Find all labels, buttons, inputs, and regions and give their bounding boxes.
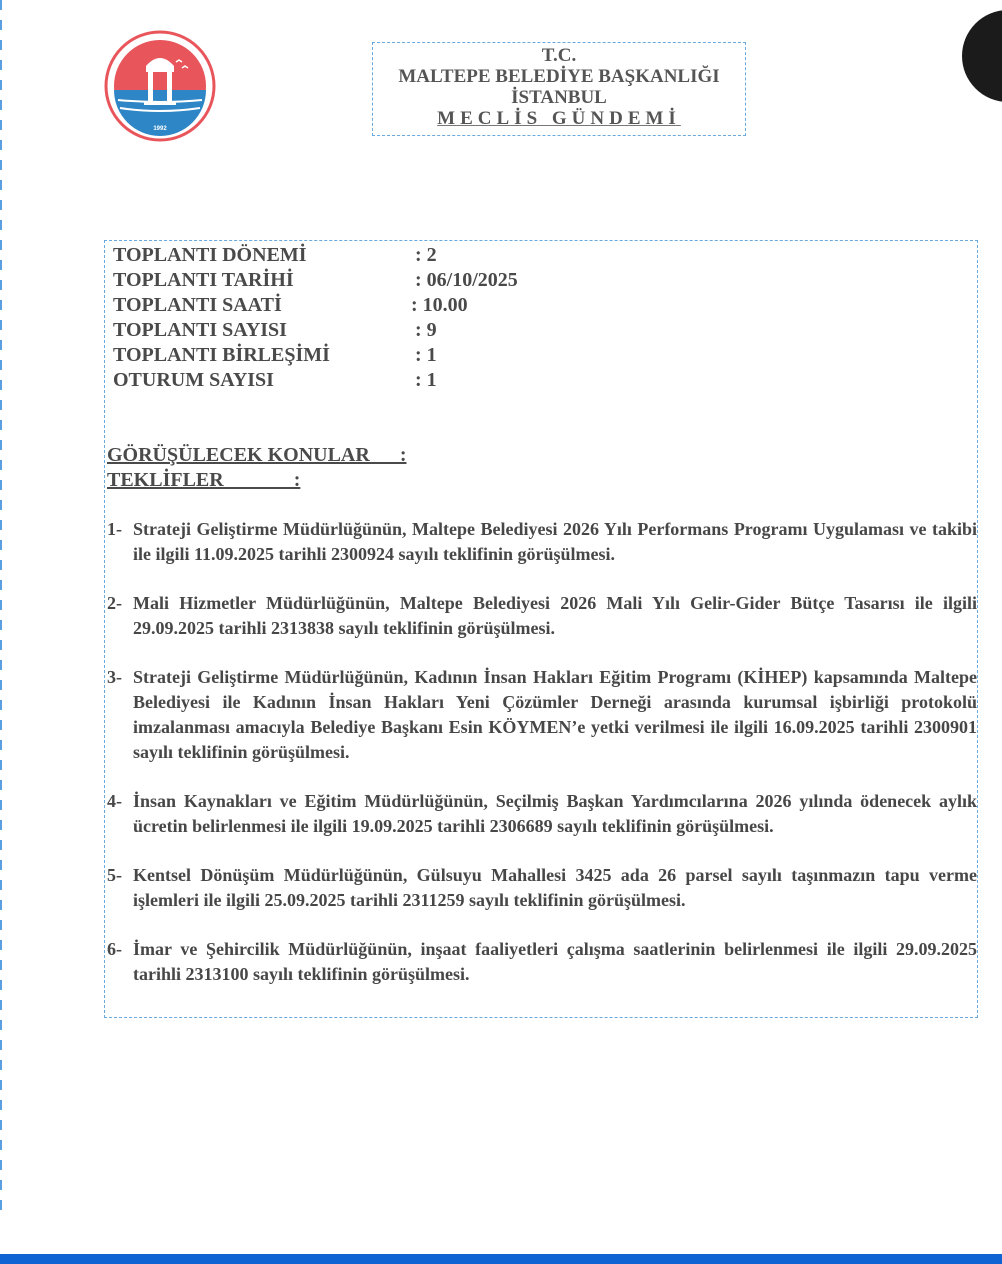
list-item: 2-Mali Hizmetler Müdürlüğünün, Maltepe B…	[107, 591, 979, 641]
list-item: 1-Strateji Geliştirme Müdürlüğünün, Malt…	[107, 517, 979, 567]
meeting-info-row: TOPLANTI TARİHİ: 06/10/2025	[113, 268, 413, 293]
overlay-circle	[962, 10, 1002, 102]
proposal-list: 1-Strateji Geliştirme Müdürlüğünün, Malt…	[107, 517, 979, 1011]
section-headings: GÖRÜŞÜLECEK KONULAR : TEKLİFLER :	[107, 443, 406, 493]
meeting-info-row: OTURUM SAYISI: 1	[113, 368, 413, 393]
header-tc: T.C.	[373, 43, 745, 66]
document-header: T.C. MALTEPE BELEDİYE BAŞKANLIĞI İSTANBU…	[372, 42, 746, 136]
list-item: 5-Kentsel Dönüşüm Müdürlüğünün, Gülsuyu …	[107, 863, 979, 913]
list-item: 6-İmar ve Şehircilik Müdürlüğünün, inşaa…	[107, 937, 979, 987]
proposals-heading: TEKLİFLER :	[107, 468, 406, 493]
meeting-info-row: TOPLANTI SAATİ: 10.00	[113, 293, 413, 318]
municipality-logo: 1992	[104, 30, 216, 142]
meeting-info-row: TOPLANTI SAYISI: 9	[113, 318, 413, 343]
meeting-info: TOPLANTI DÖNEMİ: 2 TOPLANTI TARİHİ: 06/1…	[113, 243, 413, 393]
meeting-info-row: TOPLANTI BİRLEŞİMİ: 1	[113, 343, 413, 368]
header-title: MECLİS GÜNDEMİ	[373, 108, 745, 129]
logo-year: 1992	[153, 126, 167, 132]
list-item: 4-İnsan Kaynakları ve Eğitim Müdürlüğünü…	[107, 789, 979, 839]
agenda-content: TOPLANTI DÖNEMİ: 2 TOPLANTI TARİHİ: 06/1…	[104, 240, 978, 1018]
topics-heading: GÖRÜŞÜLECEK KONULAR :	[107, 443, 406, 468]
header-city: İSTANBUL	[373, 87, 745, 108]
bottom-bar	[0, 1254, 1002, 1264]
meeting-info-row: TOPLANTI DÖNEMİ: 2	[113, 243, 413, 268]
page-edge-guide	[0, 0, 2, 1220]
header-institution: MALTEPE BELEDİYE BAŞKANLIĞI	[373, 66, 745, 87]
list-item: 3-Strateji Geliştirme Müdürlüğünün, Kadı…	[107, 665, 979, 765]
